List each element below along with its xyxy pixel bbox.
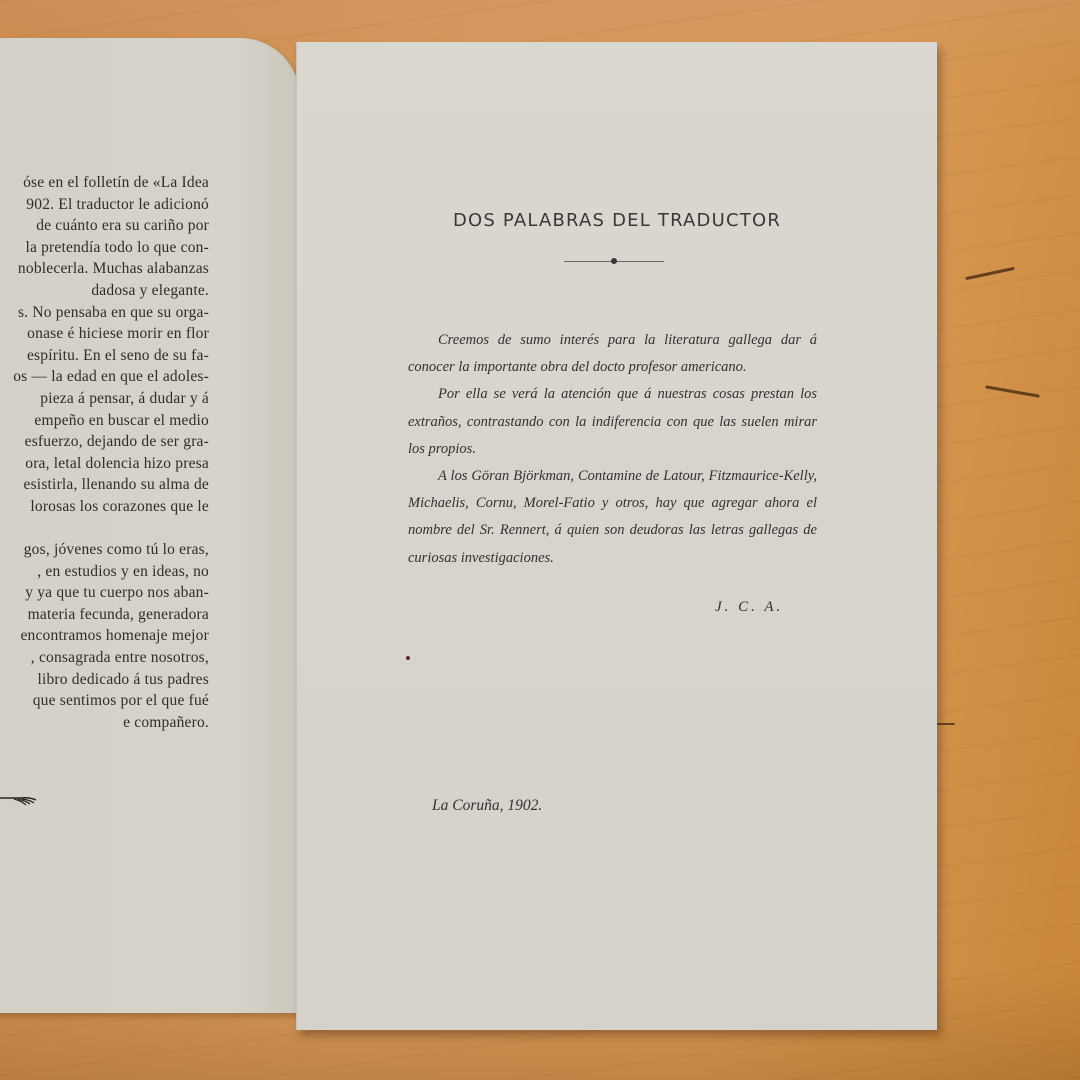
text-line: materia fecunda, generadora xyxy=(0,604,209,626)
paragraph: Creemos de sumo interés para la literatu… xyxy=(408,327,817,381)
paragraph: Por ella se verá la atención que á nuest… xyxy=(408,381,817,463)
left-page: óse en el folletín de «La Idea902. El tr… xyxy=(0,38,300,1013)
left-page-text: óse en el folletín de «La Idea902. El tr… xyxy=(0,172,209,733)
text-line: empeño en buscar el medio xyxy=(0,410,209,432)
text-line: noblecerla. Muchas alabanzas xyxy=(0,258,209,280)
text-line: libro dedicado á tus padres xyxy=(0,669,209,691)
text-line: onase é hiciese morir en flor xyxy=(0,323,209,345)
text-line: gos, jóvenes como tú lo eras, xyxy=(0,539,209,561)
text-line: óse en el folletín de «La Idea xyxy=(0,172,209,194)
text-line: , en estudios y en ideas, no xyxy=(0,561,209,583)
ink-spot xyxy=(406,656,410,660)
text-line: y ya que tu cuerpo nos aban- xyxy=(0,582,209,604)
paragraph-gap xyxy=(0,518,209,540)
text-line: de cuánto era su cariño por xyxy=(0,215,209,237)
text-line: que sentimos por el que fué xyxy=(0,690,209,712)
text-line: ora, letal dolencia hizo presa xyxy=(0,453,209,475)
page-title: DOS PALABRAS DEL TRADUCTOR xyxy=(297,210,937,231)
text-line: espíritu. En el seno de su fa- xyxy=(0,345,209,367)
paragraph: A los Göran Björkman, Contamine de Latou… xyxy=(408,463,817,572)
text-line: os — la edad en que el adoles- xyxy=(0,366,209,388)
right-page: DOS PALABRAS DEL TRADUCTOR Creemos de su… xyxy=(296,42,937,1030)
text-line: esfuerzo, dejando de ser gra- xyxy=(0,431,209,453)
divider-dot-icon xyxy=(611,258,617,264)
ornament-flourish-icon xyxy=(0,793,40,807)
text-line: lorosas los corazones que le xyxy=(0,496,209,518)
text-line: encontramos homenaje mejor xyxy=(0,625,209,647)
preface-body: Creemos de sumo interés para la literatu… xyxy=(408,327,817,572)
text-line: dadosa y elegante. xyxy=(0,280,209,302)
place-date: La Coruña, 1902. xyxy=(432,797,542,815)
text-line: , consagrada entre nosotros, xyxy=(0,647,209,669)
text-line: la pretendía todo lo que con- xyxy=(0,237,209,259)
signature-initials: J. C. A. xyxy=(715,599,783,616)
text-line: esistirla, llenando su alma de xyxy=(0,474,209,496)
text-line: 902. El traductor le adicionó xyxy=(0,194,209,216)
text-line: s. No pensaba en que su orga- xyxy=(0,302,209,324)
text-line: pieza á pensar, á dudar y á xyxy=(0,388,209,410)
text-line: e compañero. xyxy=(0,712,209,734)
